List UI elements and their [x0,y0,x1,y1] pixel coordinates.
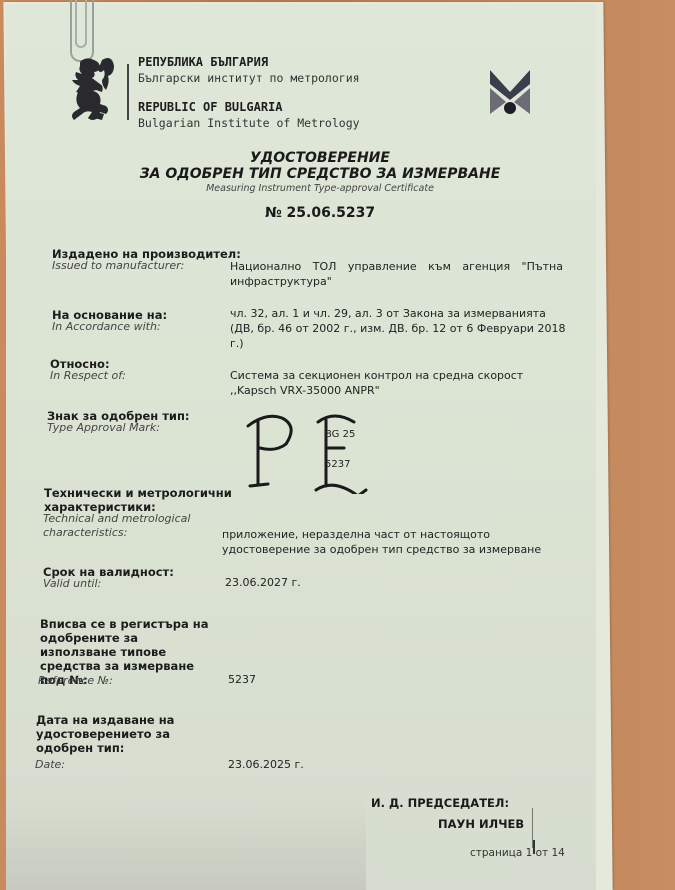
certificate-title-en: Measuring Instrument Type-approval Certi… [100,183,540,194]
validity-label-en: Valid until: [43,577,101,591]
bim-logo-icon [488,68,532,116]
type-approval-mark [246,412,376,494]
mark-line-2: 5237 [325,459,350,470]
signatory-title: И. Д. ПРЕДСЕДАТЕЛ: [371,796,509,810]
country-en: REPUBLIC OF BULGARIA [138,100,283,114]
validity-value: 23.06.2027 г. [225,575,301,590]
lion-emblem-icon [66,54,122,124]
certificate-number: № 25.06.5237 [100,205,540,221]
accordance-label-en: In Accordance with: [52,320,161,334]
date-value: 23.06.2025 г. [228,757,304,772]
characteristics-label-en: Technical and metrological characteristi… [43,512,193,540]
date-label-en: Date: [35,758,65,772]
certificate-subtitle: ЗА ОДОБРЕН ТИП СРЕДСТВО ЗА ИЗМЕРВАНЕ [100,166,540,182]
paperclip-inner-icon [75,0,87,48]
accordance-value: чл. 32, ал. 1 и чл. 29, ал. 3 от Закона … [230,306,570,351]
institute-en: Bulgarian Institute of Metrology [138,116,360,130]
date-label-bg: Дата на издаване на удостоверението за о… [36,713,186,755]
header-divider [127,64,129,120]
manufacturer-value: Национално ТОЛ управление към агенция "П… [230,259,563,289]
reference-value: 5237 [228,672,256,687]
characteristics-label-bg: Технически и метрологични характеристики… [44,486,234,514]
reference-label-en: Reference №: [38,674,113,688]
institute-bg: Български институт по метрология [138,71,360,85]
country-bg: РЕПУБЛИКА БЪЛГАРИЯ [138,55,268,69]
page-number: страница 1 от 14 [470,847,565,859]
certificate-title: УДОСТОВЕРЕНИЕ [100,150,540,166]
characteristics-value: приложение, неразделна част от настоящот… [222,527,552,557]
mark-line-1: BG 25 [325,429,355,440]
shadow [6,794,366,890]
signatory-name: ПАУН ИЛЧЕВ [438,817,524,831]
respect-label-en: In Respect of: [50,369,126,383]
mark-label-en: Type Approval Mark: [47,421,160,435]
respect-value: Система за секционен контрол на средна с… [230,368,570,398]
manufacturer-label-en: Issued to manufacturer: [52,259,184,273]
